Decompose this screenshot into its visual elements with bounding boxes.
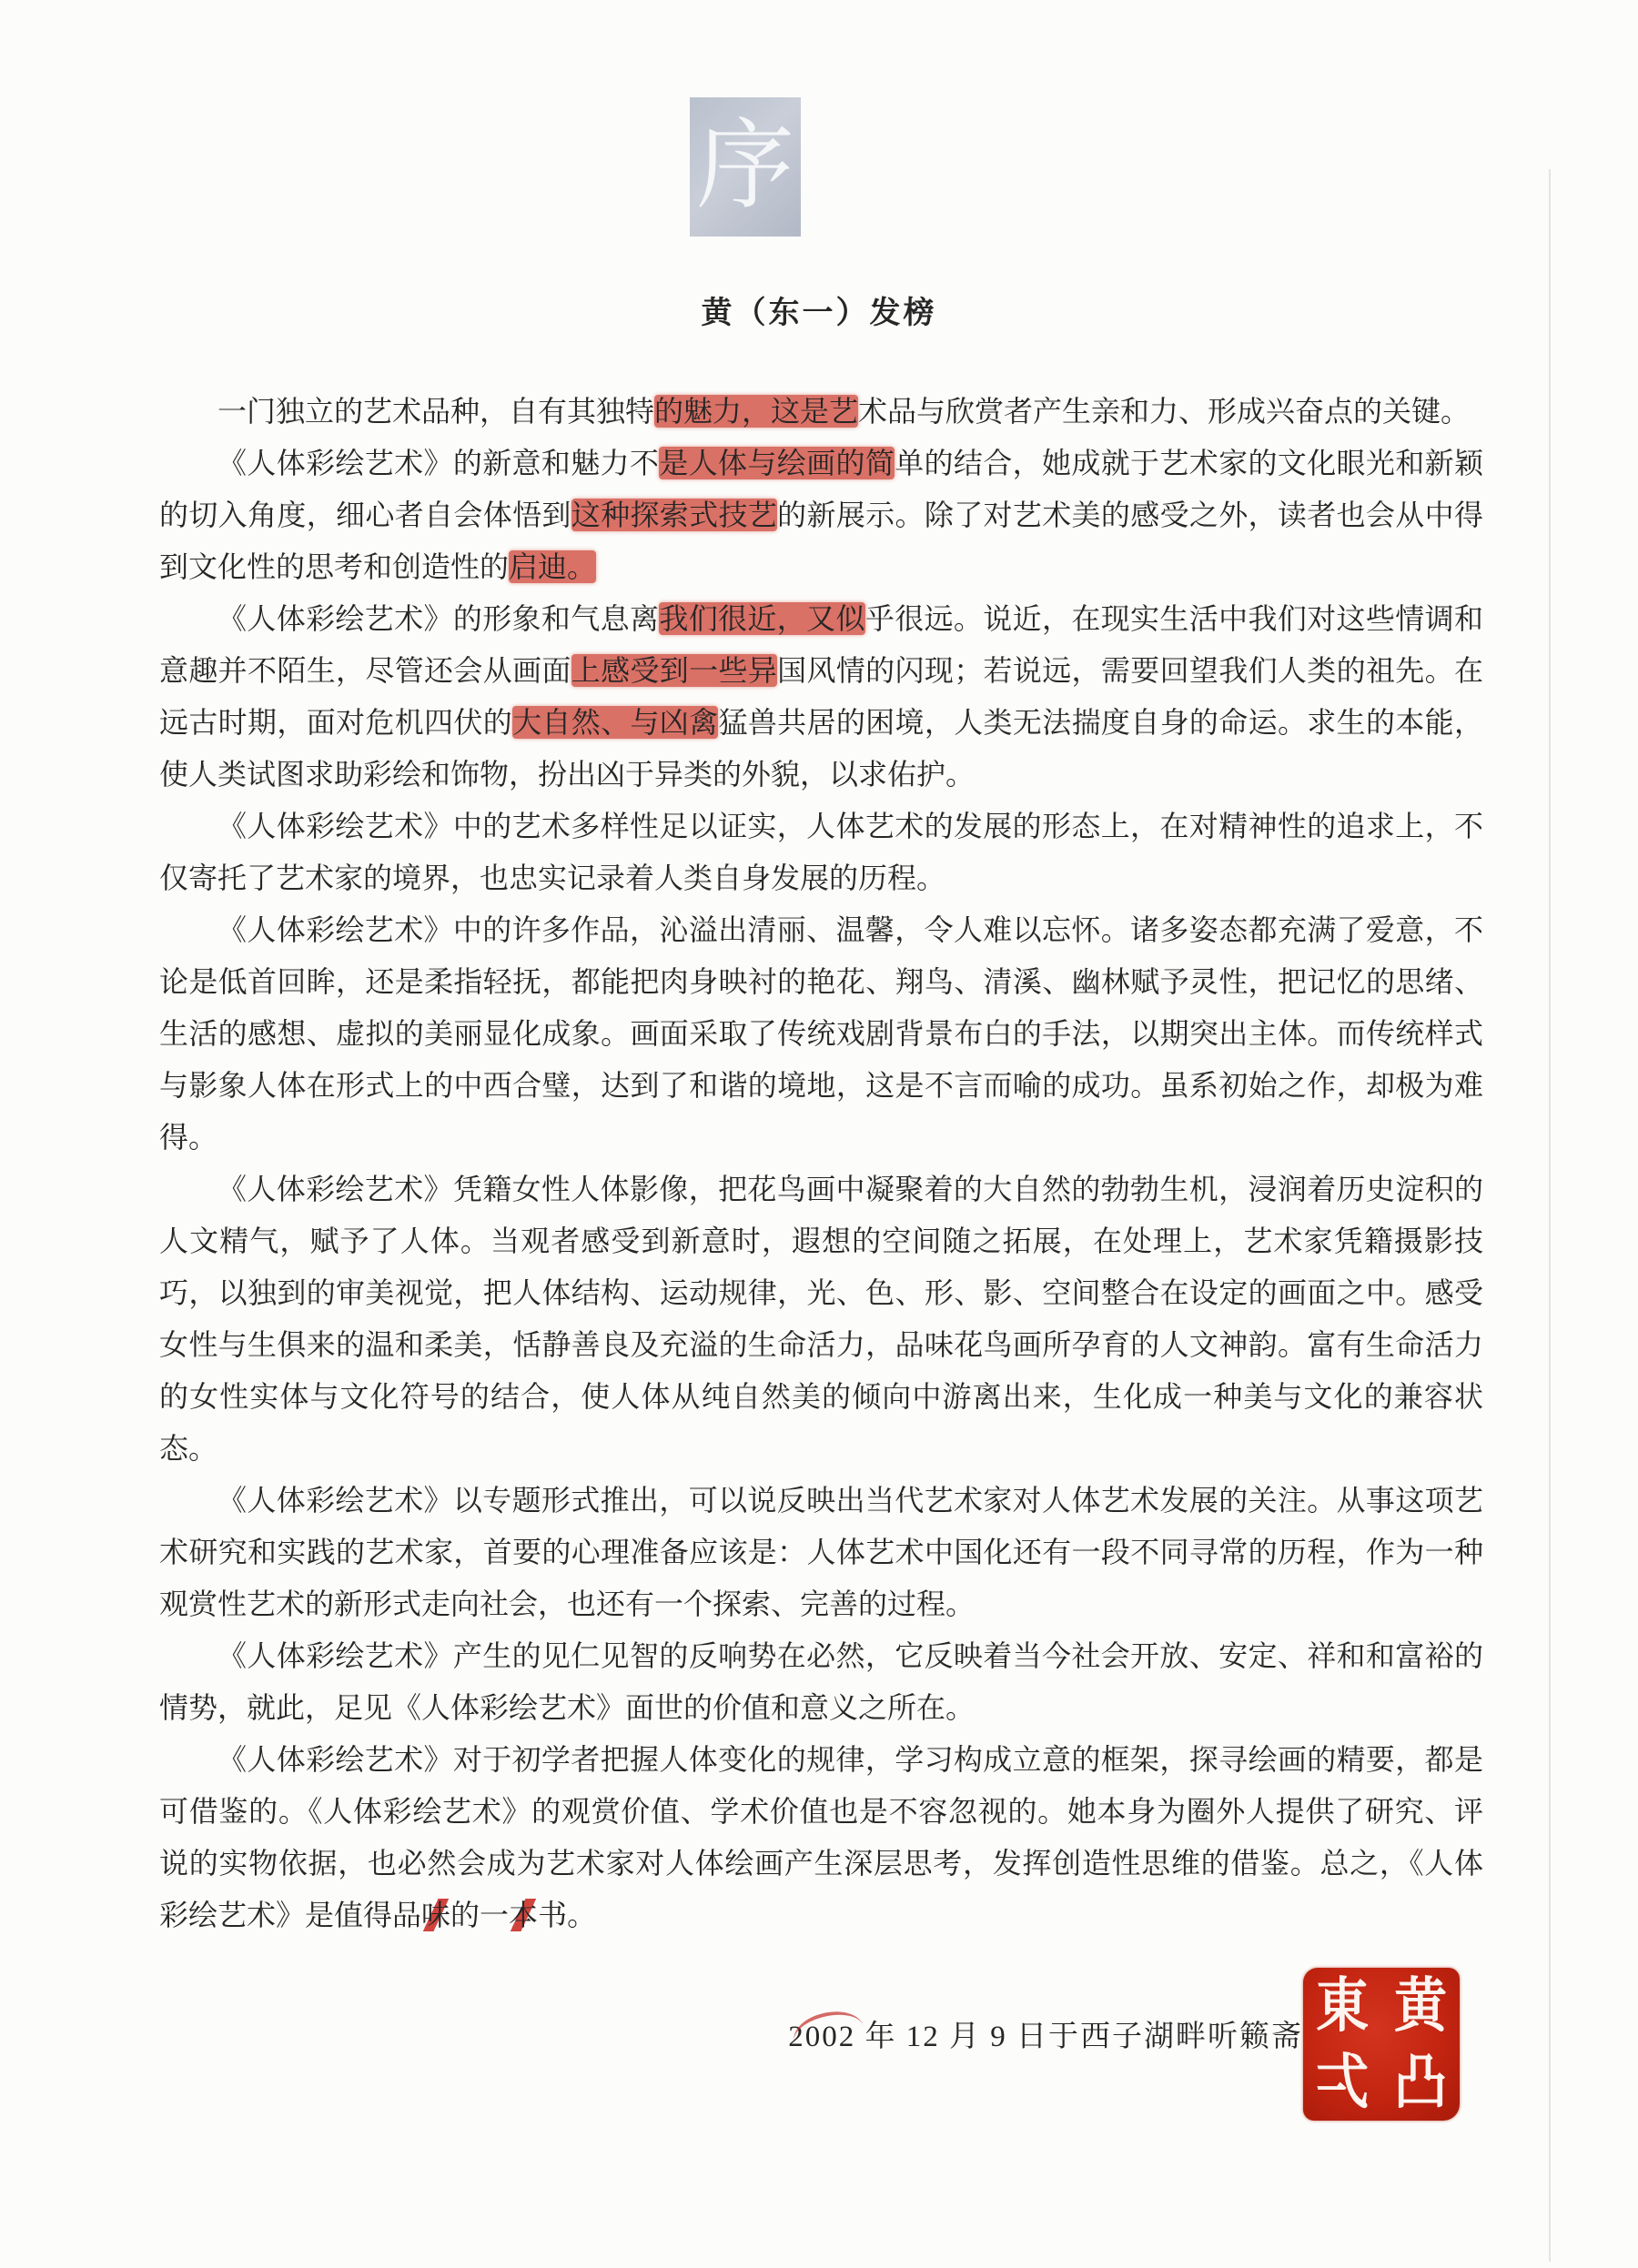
red-scribble-mark: 本: [509, 1899, 538, 1931]
text-segment: 书。: [538, 1899, 596, 1931]
red-highlight-mark: 这种探索式技艺: [571, 499, 777, 531]
section-mark-block: 序: [690, 97, 801, 237]
scanned-preface-page: 序 黄（东一）发榜 一门独立的艺术品种，自有其独特的魅力，这是艺术品与欣赏者产生…: [0, 0, 1638, 2268]
red-highlight-mark: 上感受到一些异: [571, 654, 777, 687]
seal-glyph: 東: [1303, 1963, 1381, 2049]
text-segment: 《人体彩绘艺术》的形象和气息离: [217, 602, 659, 635]
paragraph: 《人体彩绘艺术》的形象和气息离我们很近，又似乎很远。说近，在现实生活中我们对这些…: [159, 593, 1483, 801]
text-segment: 《人体彩绘艺术》凭籍女性人体影像，把花鸟画中凝聚着的大自然的勃勃生机，浸润着历史…: [159, 1173, 1483, 1465]
date-line: 2002 年 12 月 9 日于西子湖畔听籁斋: [0, 2012, 1303, 2055]
author-seal: 東黄弌凸: [1303, 1968, 1460, 2121]
seal-glyph: 弌: [1303, 2040, 1381, 2125]
section-mark: 序: [696, 118, 794, 217]
red-scribble-mark: 味: [421, 1899, 450, 1931]
text-segment: 《人体彩绘艺术》的新意和魅力不: [217, 447, 659, 479]
text-segment: 《人体彩绘艺术》中的许多作品，沁溢出清丽、温馨，令人难以忘怀。诸多姿态都充满了爱…: [159, 913, 1483, 1154]
paragraph: 《人体彩绘艺术》凭籍女性人体影像，把花鸟画中凝聚着的大自然的勃勃生机，浸润着历史…: [159, 1164, 1483, 1475]
text-segment: 《人体彩绘艺术》以专题形式推出，可以说反映出当代艺术家对人体艺术发展的关注。从事…: [159, 1484, 1483, 1620]
text-segment: 《人体彩绘艺术》中的艺术多样性足以证实，人体艺术的发展的形态上，在对精神性的追求…: [159, 810, 1483, 894]
paragraph: 《人体彩绘艺术》以专题形式推出，可以说反映出当代艺术家对人体艺术发展的关注。从事…: [159, 1475, 1483, 1630]
paragraph: 《人体彩绘艺术》中的许多作品，沁溢出清丽、温馨，令人难以忘怀。诸多姿态都充满了爱…: [159, 904, 1483, 1164]
paragraph: 《人体彩绘艺术》产生的见仁见智的反响势在必然，它反映着当今社会开放、安定、祥和和…: [159, 1630, 1483, 1734]
text-segment: 术品与欣赏者产生亲和力、形成兴奋点的关键。: [858, 395, 1470, 428]
seal-glyph: 黄: [1381, 1963, 1460, 2049]
red-highlight-mark: 我们很近，又似: [659, 602, 865, 635]
text-segment: 一门独立的艺术品种，自有其独特: [217, 395, 654, 428]
scan-artifact-line: [1549, 169, 1551, 2262]
author-name: 黄（东一）发榜: [0, 287, 1638, 332]
red-highlight-mark: 的魅力，这是艺: [654, 395, 858, 428]
paragraph: 一门独立的艺术品种，自有其独特的魅力，这是艺术品与欣赏者产生亲和力、形成兴奋点的…: [159, 386, 1483, 438]
text-segment: 《人体彩绘艺术》对于初学者把握人体变化的规律，学习构成立意的框架，探寻绘画的精要…: [159, 1743, 1483, 1931]
red-highlight-mark: 大自然、与凶禽: [512, 706, 718, 739]
seal-glyph: 凸: [1381, 2040, 1460, 2125]
text-segment: 《人体彩绘艺术》产生的见仁见智的反响势在必然，它反映着当今社会开放、安定、祥和和…: [159, 1639, 1483, 1724]
paragraph: 《人体彩绘艺术》的新意和魅力不是人体与绘画的简单的结合，她成就于艺术家的文化眼光…: [159, 438, 1483, 593]
text-segment: 的一: [450, 1899, 509, 1931]
paragraph: 《人体彩绘艺术》对于初学者把握人体变化的规律，学习构成立意的框架，探寻绘画的精要…: [159, 1734, 1483, 1941]
body-text: 一门独立的艺术品种，自有其独特的魅力，这是艺术品与欣赏者产生亲和力、形成兴奋点的…: [159, 386, 1483, 1941]
paragraph: 《人体彩绘艺术》中的艺术多样性足以证实，人体艺术的发展的形态上，在对精神性的追求…: [159, 801, 1483, 904]
red-highlight-mark: 启迪。: [509, 550, 596, 583]
red-highlight-mark: 是人体与绘画的简: [659, 447, 895, 479]
